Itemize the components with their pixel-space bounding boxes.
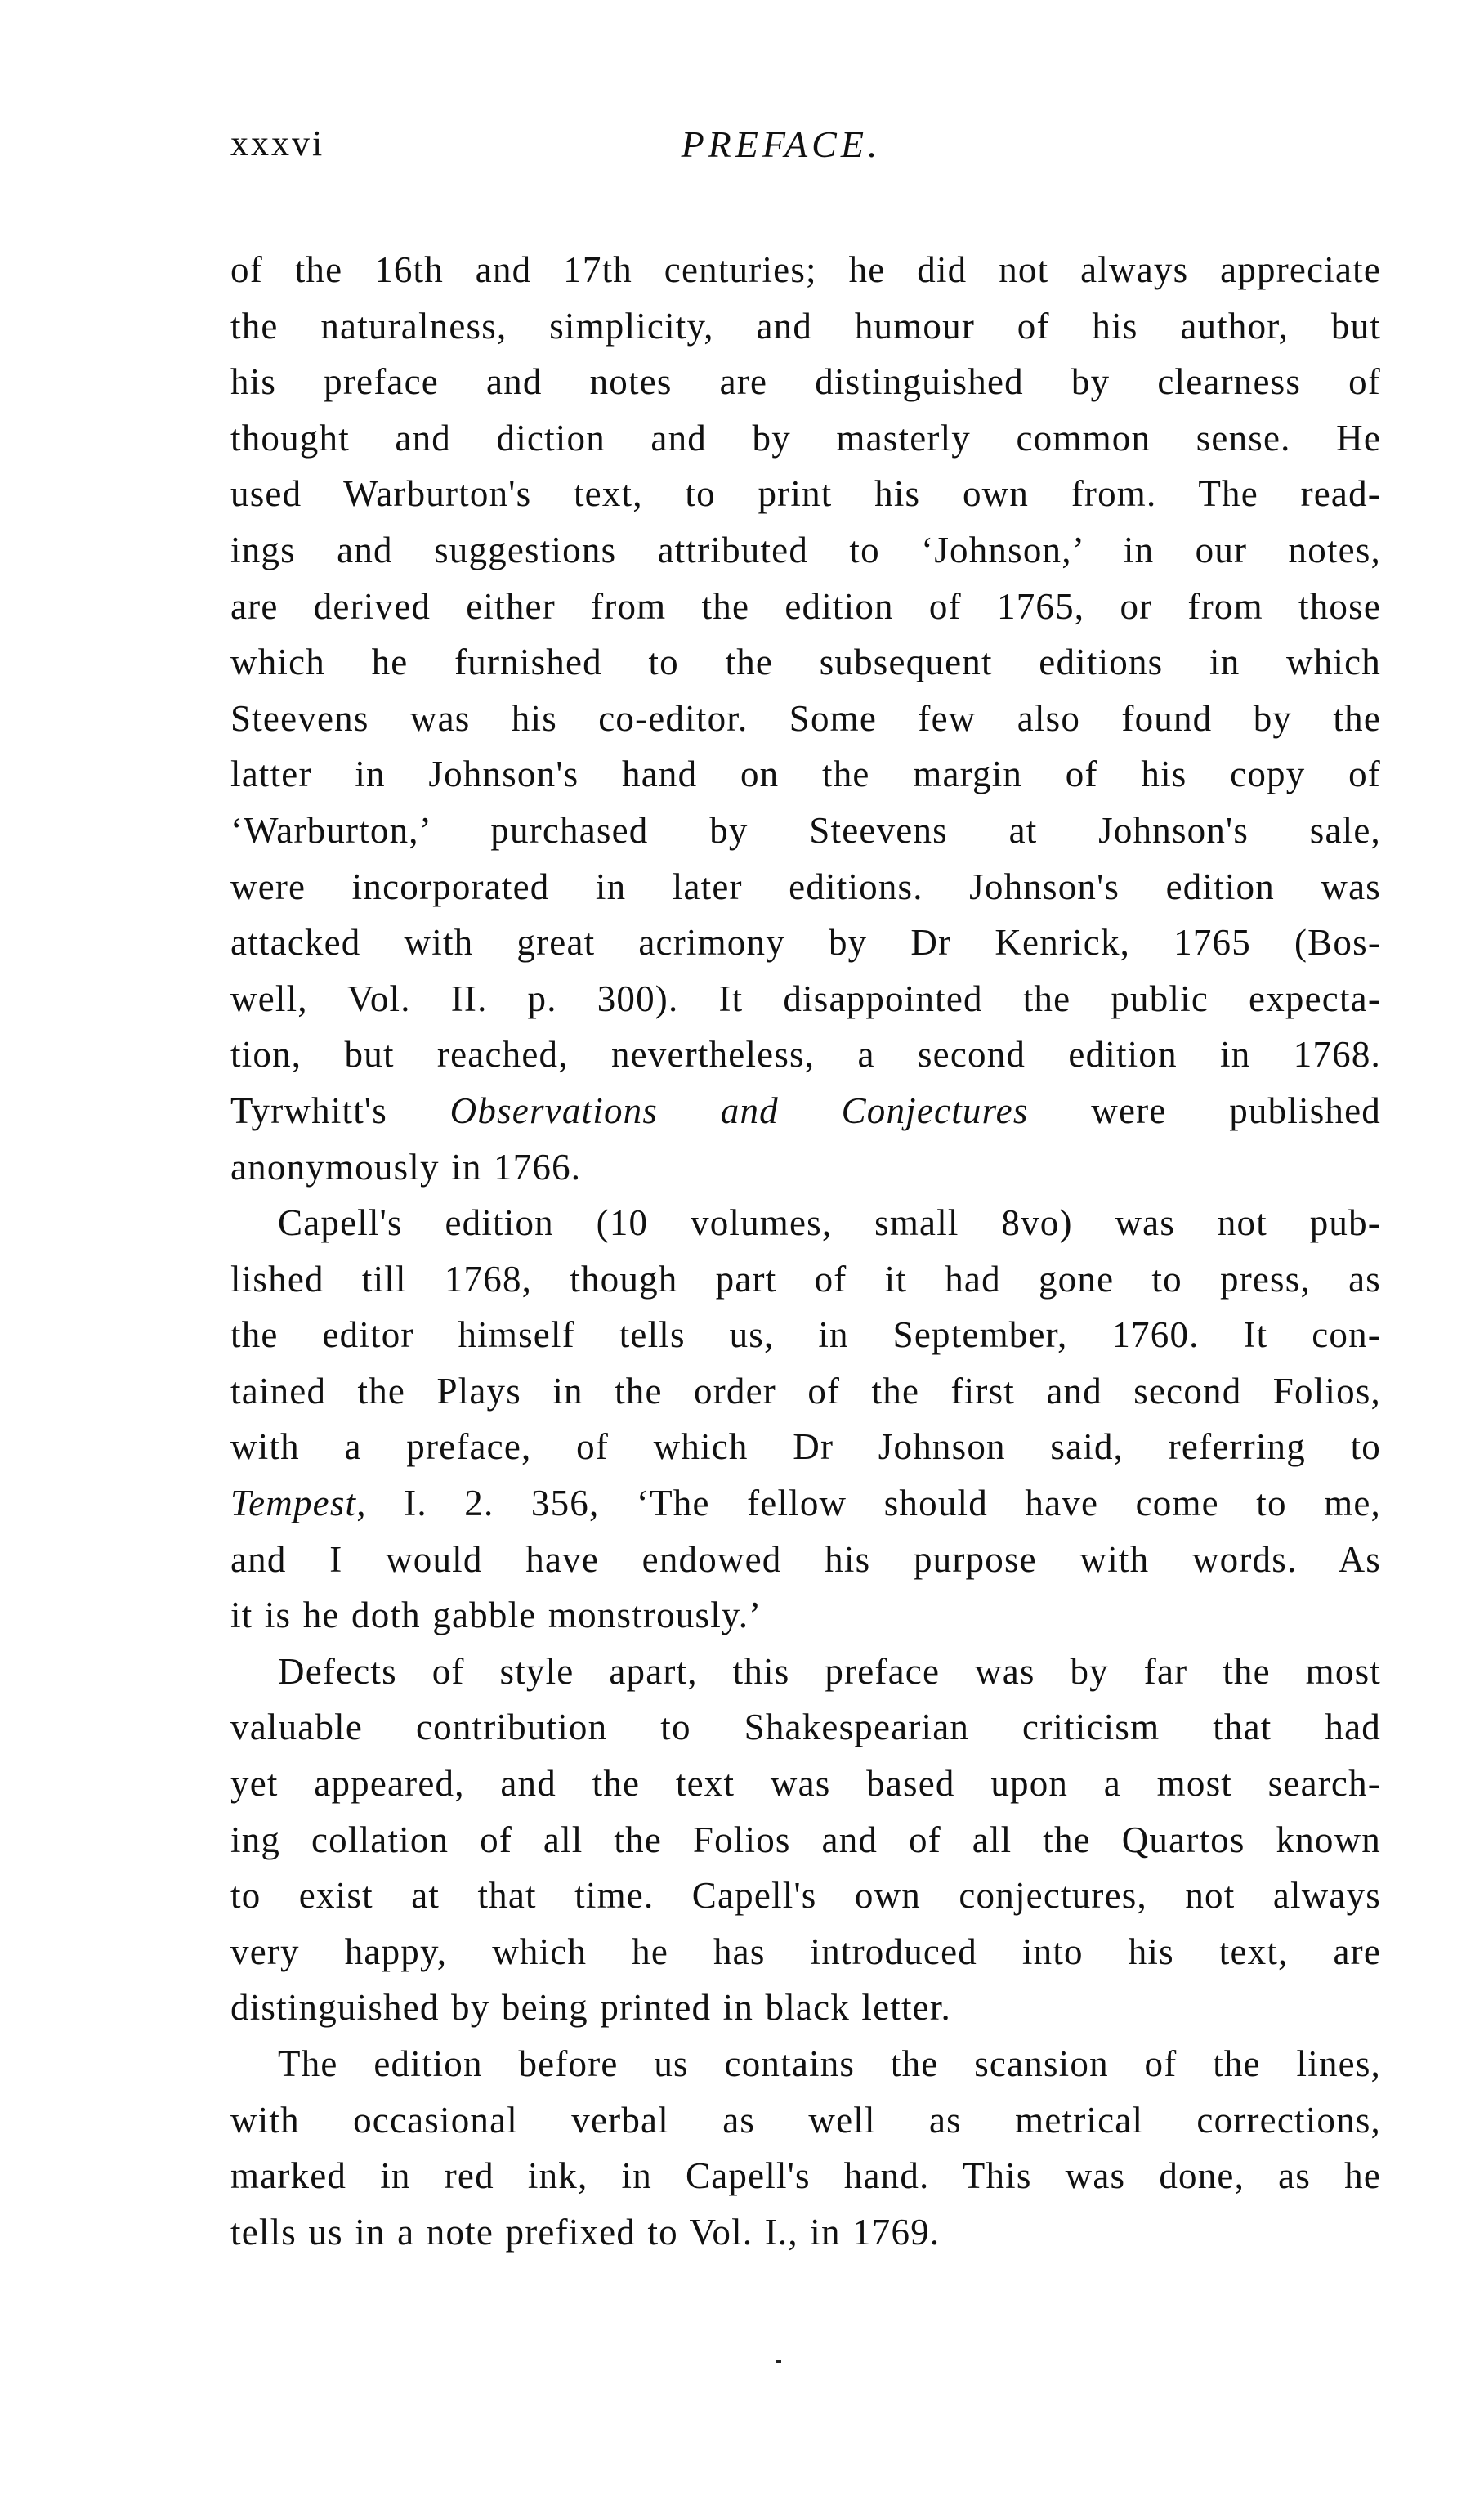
text-segment: used Warburton's text, to print his own … bbox=[230, 473, 1381, 514]
text-line: the naturalness, simplicity, and humour … bbox=[230, 298, 1381, 355]
text-line: ings and suggestions attributed to ‘John… bbox=[230, 522, 1381, 579]
text-line: tells us in a note prefixed to Vol. I., … bbox=[230, 2204, 1381, 2261]
text-line: well, Vol. II. p. 300). It disappointed … bbox=[230, 971, 1381, 1027]
text-segment: his preface and notes are distinguished … bbox=[230, 361, 1381, 402]
text-segment: it is he doth gabble monstrously.’ bbox=[230, 1595, 762, 1635]
text-segment: anonymously in 1766. bbox=[230, 1147, 581, 1188]
text-segment: and I would have endowed his purpose wit… bbox=[230, 1539, 1381, 1580]
text-segment: to exist at that time. Capell's own conj… bbox=[230, 1875, 1381, 1916]
text-line: latter in Johnson's hand on the margin o… bbox=[230, 746, 1381, 803]
footer-mark bbox=[776, 2360, 781, 2363]
text-segment: distinguished by being printed in black … bbox=[230, 1987, 951, 2028]
text-segment: Steevens was his co-editor. Some few als… bbox=[230, 698, 1381, 739]
text-line: with occasional verbal as well as metric… bbox=[230, 2092, 1381, 2149]
text-line: ‘Warburton,’ purchased by Steevens at Jo… bbox=[230, 803, 1381, 859]
text-segment: , I. 2. 356, ‘The fellow should have com… bbox=[356, 1483, 1381, 1523]
text-line: marked in red ink, in Capell's hand. Thi… bbox=[230, 2148, 1381, 2204]
text-line: it is he doth gabble monstrously.’ bbox=[230, 1587, 1381, 1644]
text-segment: lished till 1768, though part of it had … bbox=[230, 1259, 1381, 1300]
text-segment: were incorporated in later editions. Joh… bbox=[230, 866, 1381, 907]
text-segment: very happy, which he has introduced into… bbox=[230, 1931, 1381, 1972]
text-line: used Warburton's text, to print his own … bbox=[230, 466, 1381, 522]
text-line: are derived either from the edition of 1… bbox=[230, 579, 1381, 635]
text-segment: which he furnished to the subsequent edi… bbox=[230, 642, 1381, 682]
text-line: distinguished by being printed in black … bbox=[230, 1980, 1381, 2036]
text-segment: ings and suggestions attributed to ‘John… bbox=[230, 530, 1381, 570]
text-segment: tells us in a note prefixed to Vol. I., … bbox=[230, 2212, 940, 2253]
text-segment: tion, but reached, nevertheless, a secon… bbox=[230, 1034, 1381, 1075]
book-page: xxxvi PREFACE. of the 16th and 17th cent… bbox=[0, 0, 1484, 2501]
italic-title: Tempest bbox=[230, 1483, 356, 1523]
body-text: of the 16th and 17th centuries; he did n… bbox=[230, 242, 1381, 2260]
text-line: Defects of style apart, this preface was… bbox=[230, 1644, 1381, 1700]
text-segment: with occasional verbal as well as metric… bbox=[230, 2100, 1381, 2141]
text-line: The edition before us contains the scans… bbox=[230, 2036, 1381, 2092]
text-segment: valuable contribution to Shakespearian c… bbox=[230, 1707, 1381, 1747]
text-segment: attacked with great acrimony by Dr Kenri… bbox=[230, 922, 1381, 963]
text-segment: latter in Johnson's hand on the margin o… bbox=[230, 754, 1381, 794]
text-segment: ‘Warburton,’ purchased by Steevens at Jo… bbox=[230, 810, 1381, 851]
italic-title: Observations and Conjectures bbox=[450, 1090, 1029, 1131]
text-line: valuable contribution to Shakespearian c… bbox=[230, 1699, 1381, 1756]
text-segment: ing collation of all the Folios and of a… bbox=[230, 1819, 1381, 1860]
running-head: xxxvi PREFACE. bbox=[230, 123, 1381, 180]
text-line: with a preface, of which Dr Johnson said… bbox=[230, 1419, 1381, 1475]
text-line: of the 16th and 17th centuries; he did n… bbox=[230, 242, 1381, 298]
text-segment: marked in red ink, in Capell's hand. Thi… bbox=[230, 2155, 1381, 2196]
text-segment: the editor himself tells us, in Septembe… bbox=[230, 1314, 1381, 1355]
text-segment: with a preface, of which Dr Johnson said… bbox=[230, 1426, 1381, 1467]
text-segment: thought and diction and by masterly comm… bbox=[230, 418, 1381, 459]
text-segment: Tyrwhitt's bbox=[230, 1090, 450, 1131]
text-line: Capell's edition (10 volumes, small 8vo)… bbox=[230, 1195, 1381, 1251]
text-line: Steevens was his co-editor. Some few als… bbox=[230, 691, 1381, 747]
text-line: tained the Plays in the order of the fir… bbox=[230, 1363, 1381, 1420]
text-segment: were published bbox=[1029, 1090, 1381, 1131]
text-line: anonymously in 1766. bbox=[230, 1139, 1381, 1196]
text-line: yet appeared, and the text was based upo… bbox=[230, 1756, 1381, 1812]
text-segment: are derived either from the edition of 1… bbox=[230, 586, 1381, 627]
text-line: his preface and notes are distinguished … bbox=[230, 354, 1381, 410]
text-line: which he furnished to the subsequent edi… bbox=[230, 634, 1381, 691]
text-segment: the naturalness, simplicity, and humour … bbox=[230, 306, 1381, 347]
text-segment: tained the Plays in the order of the fir… bbox=[230, 1371, 1381, 1412]
text-segment: The edition before us contains the scans… bbox=[278, 2043, 1381, 2084]
text-segment: Capell's edition (10 volumes, small 8vo)… bbox=[278, 1202, 1381, 1243]
text-segment: of the 16th and 17th centuries; he did n… bbox=[230, 249, 1381, 290]
text-line: Tempest, I. 2. 356, ‘The fellow should h… bbox=[230, 1475, 1381, 1532]
text-segment: yet appeared, and the text was based upo… bbox=[230, 1763, 1381, 1804]
text-line: ing collation of all the Folios and of a… bbox=[230, 1812, 1381, 1868]
text-segment: Defects of style apart, this preface was… bbox=[278, 1651, 1381, 1692]
text-line: Tyrwhitt's Observations and Conjectures … bbox=[230, 1083, 1381, 1139]
text-line: were incorporated in later editions. Joh… bbox=[230, 859, 1381, 915]
text-segment: well, Vol. II. p. 300). It disappointed … bbox=[230, 978, 1381, 1019]
text-line: to exist at that time. Capell's own conj… bbox=[230, 1868, 1381, 1924]
text-line: the editor himself tells us, in Septembe… bbox=[230, 1307, 1381, 1363]
text-line: and I would have endowed his purpose wit… bbox=[230, 1532, 1381, 1588]
text-line: thought and diction and by masterly comm… bbox=[230, 410, 1381, 467]
text-line: tion, but reached, nevertheless, a secon… bbox=[230, 1027, 1381, 1083]
text-line: attacked with great acrimony by Dr Kenri… bbox=[230, 915, 1381, 971]
text-line: very happy, which he has introduced into… bbox=[230, 1924, 1381, 1980]
text-line: lished till 1768, though part of it had … bbox=[230, 1251, 1381, 1308]
page-title: PREFACE. bbox=[230, 123, 1381, 166]
